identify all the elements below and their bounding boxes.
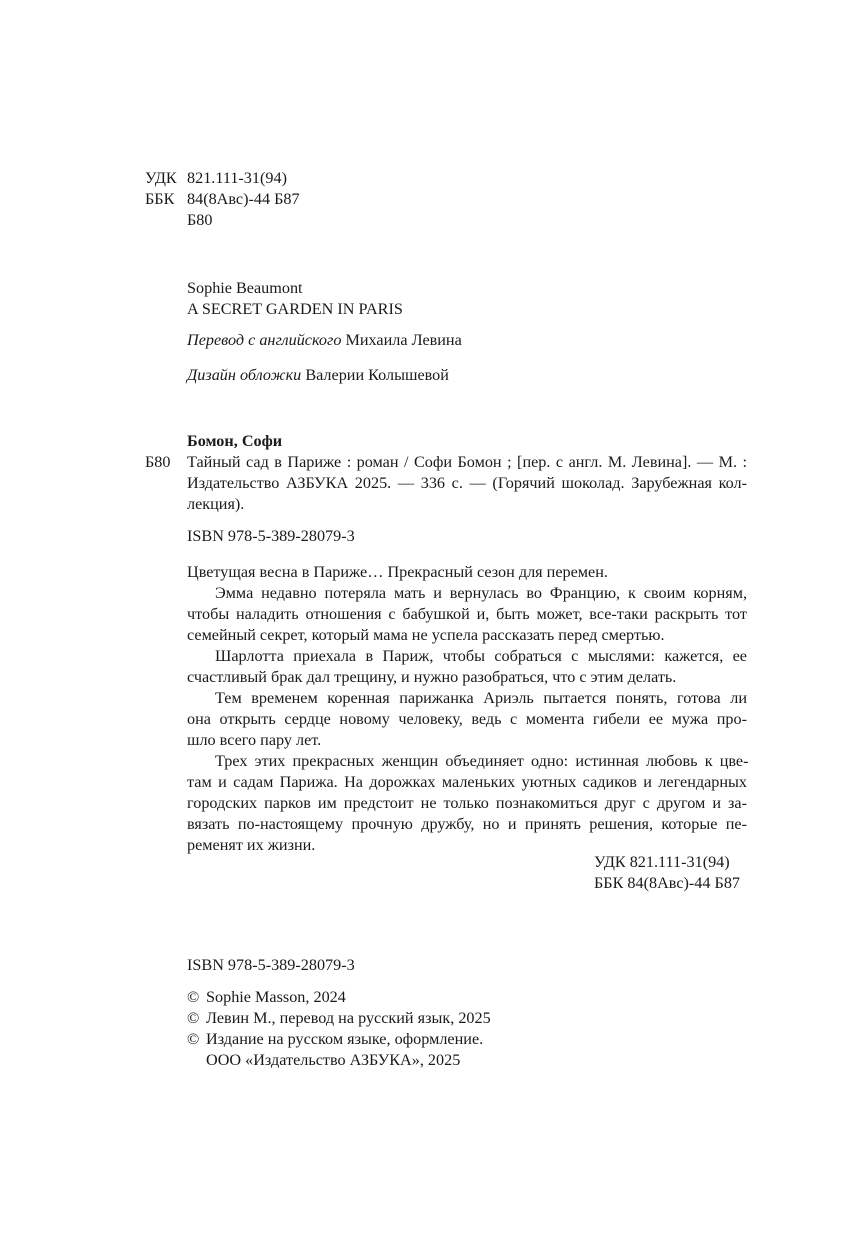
translator-name: Михаила Левина bbox=[345, 331, 461, 349]
annotation-text: Эмма недавно потеряла мать и вернулась в… bbox=[215, 584, 747, 602]
annotation-line: городских парков им предстоит не только … bbox=[187, 793, 747, 814]
author-mark-row: Б80 bbox=[145, 210, 300, 231]
udk-row: УДК821.111-31(94) bbox=[145, 168, 300, 189]
annotation-text: чтобы наладить отношения с бабушкой и, б… bbox=[187, 605, 747, 623]
copyright-publisher: ООО «Издательство АЗБУКА», 2025 bbox=[187, 1050, 491, 1071]
udk-bottom: УДК 821.111-31(94) bbox=[594, 852, 740, 873]
annotation-line: Шарлотта приехала в Париж, чтобы собрать… bbox=[187, 646, 747, 667]
copyright-block: ©Sophie Masson, 2024 ©Левин М., перевод … bbox=[187, 987, 491, 1071]
annotation-text: семейный секрет, который мама не успела … bbox=[187, 626, 665, 644]
copyright-text: Издание на русском языке, оформление. bbox=[206, 1030, 483, 1048]
annotation-line: чтобы наладить отношения с бабушкой и, б… bbox=[187, 604, 747, 625]
annotation-text: городских парков им предстоит не только … bbox=[187, 794, 747, 812]
copyright-line: ©Левин М., перевод на русский язык, 2025 bbox=[187, 1008, 491, 1029]
annotation-line: Тем временем коренная парижанка Ариэль п… bbox=[187, 688, 747, 709]
annotation-text: Шарлотта приехала в Париж, чтобы собрать… bbox=[215, 647, 747, 665]
annotation-line: семейный секрет, который мама не успела … bbox=[187, 625, 747, 646]
bbk-row: ББК84(8Авс)-44 Б87 bbox=[145, 189, 300, 210]
copyright-text: Левин М., перевод на русский язык, 2025 bbox=[206, 1009, 491, 1027]
isbn-bottom: ISBN 978-5-389-28079-3 bbox=[187, 955, 355, 976]
annotation-text: счастливый брак дал трещину, и нужно раз… bbox=[187, 668, 676, 686]
copyright-icon: © bbox=[187, 1008, 206, 1029]
bib-line: Тайный сад в Париже : роман / Софи Бомон… bbox=[187, 452, 747, 473]
bib-line: Издательство АЗБУКА 2025. — 336 с. — (Го… bbox=[187, 473, 747, 494]
udk-value: 821.111-31(94) bbox=[187, 169, 287, 187]
bibliographic-description: Тайный сад в Париже : роман / Софи Бомон… bbox=[187, 452, 747, 515]
copyright-line: ©Издание на русском языке, оформление. bbox=[187, 1029, 491, 1050]
annotation-line: счастливый брак дал трещину, и нужно раз… bbox=[187, 667, 747, 688]
copyright-text: Sophie Masson, 2024 bbox=[206, 988, 346, 1006]
translation-label: Перевод с английского bbox=[187, 331, 341, 349]
annotation-line: вязать по-настоящему прочную дружбу, но … bbox=[187, 814, 747, 835]
bbk-value: 84(8Авс)-44 Б87 bbox=[187, 190, 300, 208]
author-mark: Б80 bbox=[187, 211, 212, 229]
copyright-icon: © bbox=[187, 987, 206, 1008]
classification-top: УДК821.111-31(94) ББК84(8Авс)-44 Б87 Б80 bbox=[145, 168, 300, 231]
copyright-icon: © bbox=[187, 1029, 206, 1050]
original-title: A SECRET GARDEN IN PARIS bbox=[187, 299, 403, 320]
original-title-block: Sophie Beaumont A SECRET GARDEN IN PARIS bbox=[187, 278, 403, 320]
annotation-text: Тем временем коренная парижанка Ариэль п… bbox=[215, 689, 747, 707]
cover-designer-name: Валерии Колышевой bbox=[305, 366, 449, 384]
annotation-line: шло всего пару лет. bbox=[187, 730, 747, 751]
classification-bottom: УДК 821.111-31(94) ББК 84(8Авс)-44 Б87 bbox=[594, 852, 740, 894]
original-author: Sophie Beaumont bbox=[187, 278, 403, 299]
author-heading: Бомон, Софи bbox=[187, 431, 282, 452]
annotation-text: Цветущая весна в Париже… Прекрасный сезо… bbox=[187, 563, 608, 581]
translation-credit: Перевод с английского Михаила Левина bbox=[187, 330, 462, 351]
annotation-line: Эмма недавно потеряла мать и вернулась в… bbox=[187, 583, 747, 604]
annotation-line: Трех этих прекрасных женщин объединяет о… bbox=[187, 751, 747, 772]
annotation-text: Трех этих прекрасных женщин объединяет о… bbox=[215, 752, 749, 770]
annotation-text: вязать по-настоящему прочную дружбу, но … bbox=[187, 815, 747, 833]
annotation-text: там и садам Парижа. На дорожках маленьки… bbox=[187, 773, 747, 791]
annotation-text: ременят их жизни. bbox=[187, 836, 315, 854]
cover-credit: Дизайн обложки Валерии Колышевой bbox=[187, 365, 449, 386]
annotation-line: Цветущая весна в Париже… Прекрасный сезо… bbox=[187, 562, 747, 583]
bib-line: лекция). bbox=[187, 494, 747, 515]
annotation-line: она открыть сердце новому человеку, ведь… bbox=[187, 709, 747, 730]
annotation-line: там и садам Парижа. На дорожках маленьки… bbox=[187, 772, 747, 793]
annotation-text: она открыть сердце новому человеку, ведь… bbox=[187, 710, 747, 728]
cover-label: Дизайн обложки bbox=[187, 366, 301, 384]
copyright-line: ©Sophie Masson, 2024 bbox=[187, 987, 491, 1008]
annotation-text: шло всего пару лет. bbox=[187, 731, 321, 749]
copyright-page: УДК821.111-31(94) ББК84(8Авс)-44 Б87 Б80… bbox=[0, 0, 844, 1240]
bbk-label: ББК bbox=[145, 189, 187, 210]
bbk-bottom: ББК 84(8Авс)-44 Б87 bbox=[594, 873, 740, 894]
annotation: Цветущая весна в Париже… Прекрасный сезо… bbox=[187, 562, 747, 856]
udk-label: УДК bbox=[145, 168, 187, 189]
bib-author-mark: Б80 bbox=[145, 452, 170, 473]
isbn-entry: ISBN 978-5-389-28079-3 bbox=[187, 526, 355, 547]
